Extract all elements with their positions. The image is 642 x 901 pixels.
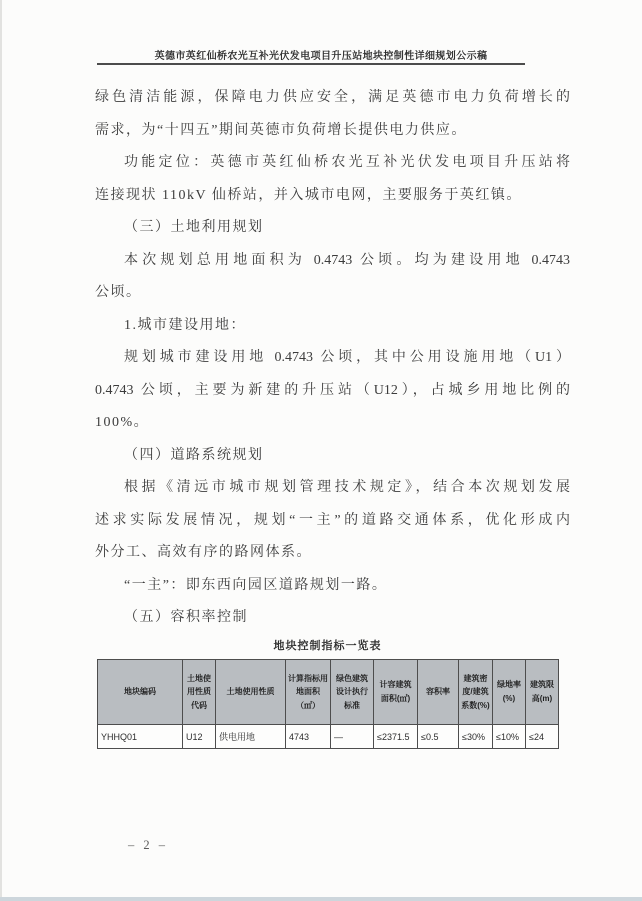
table-title: 地块控制指标一览表 [97, 637, 558, 653]
table-data-cell: ≤2371.5 [374, 725, 418, 749]
body-line: 规划城市建设用地 0.4743 公顷，其中公用设施用地（U1） [95, 342, 570, 375]
table-header-cell: 建筑限高(m) [526, 660, 559, 725]
table-header-cell: 建筑密度/建筑系数(%) [459, 660, 493, 725]
table-header-cell: 地块编码 [98, 660, 183, 725]
table-header-row: 地块编码土地使用性质代码土地使用性质计算指标用地面积（㎡）绿色建筑设计执行标准计… [98, 660, 559, 725]
document-page: 英德市英红仙桥农光互补光伏发电项目升压站地块控制性详细规划公示稿 绿色清洁能源，… [0, 0, 642, 901]
table-header-cell: 土地使用性质代码 [183, 660, 216, 725]
table-data-row: YHHQ01U12供电用地4743—≤2371.5≤0.5≤30%≤10%≤24 [98, 725, 559, 749]
body-line: （四）道路系统规划 [95, 440, 570, 473]
table-data-cell: ≤10% [493, 725, 526, 749]
scan-left-edge [0, 0, 2, 901]
page-number: – 2 – [128, 838, 168, 853]
body-line: 需求，为“十四五”期间英德市负荷增长提供电力供应。 [95, 115, 570, 148]
table-header-cell: 计算指标用地面积（㎡） [286, 660, 331, 725]
table-data-cell: ≤24 [526, 725, 559, 749]
body-line: 100%。 [95, 407, 570, 440]
table-data-cell: 供电用地 [216, 725, 286, 749]
body-line: 连接现状 110kV 仙桥站，并入城市电网，主要服务于英红镇。 [95, 180, 570, 213]
table-data-cell: 4743 [286, 725, 331, 749]
body-line: 绿色清洁能源，保障电力供应安全，满足英德市电力负荷增长的 [95, 82, 570, 115]
body-line: 0.4743 公顷，主要为新建的升压站（U12），占城乡用地比例的 [95, 375, 570, 408]
indicators-table: 地块编码土地使用性质代码土地使用性质计算指标用地面积（㎡）绿色建筑设计执行标准计… [97, 659, 559, 749]
body-line: “一主”：即东西向园区道路规划一路。 [95, 570, 570, 603]
scan-bottom-edge [0, 897, 642, 901]
table-data-cell: — [331, 725, 374, 749]
table-data-cell: ≤0.5 [418, 725, 459, 749]
body-line: 根据《清远市城市规划管理技术规定》，结合本次规划发展 [95, 472, 570, 505]
body-line: 1.城市建设用地： [95, 310, 570, 343]
body-line: 功能定位：英德市英红仙桥农光互补光伏发电项目升压站将 [95, 147, 570, 180]
body-line: （三）土地利用规划 [95, 212, 570, 245]
body-line: 公顷。 [95, 277, 570, 310]
header-rule [97, 63, 525, 65]
table-header-cell: 土地使用性质 [216, 660, 286, 725]
indicators-table-wrap: 地块编码土地使用性质代码土地使用性质计算指标用地面积（㎡）绿色建筑设计执行标准计… [97, 659, 559, 749]
body-line: 外分工、高效有序的路网体系。 [95, 537, 570, 570]
table-data-cell: U12 [183, 725, 216, 749]
table-header-cell: 计容建筑面积(㎡) [374, 660, 418, 725]
body-line: 述求实际发展情况，规划“一主”的道路交通体系，优化形成内 [95, 505, 570, 538]
table-data-cell: YHHQ01 [98, 725, 183, 749]
table-header-cell: 绿色建筑设计执行标准 [331, 660, 374, 725]
page-header-title: 英德市英红仙桥农光互补光伏发电项目升压站地块控制性详细规划公示稿 [0, 47, 642, 62]
table-header-cell: 绿地率(%) [493, 660, 526, 725]
table-data-cell: ≤30% [459, 725, 493, 749]
body-line: （五）容积率控制 [95, 602, 570, 635]
body-text: 绿色清洁能源，保障电力供应安全，满足英德市电力负荷增长的需求，为“十四五”期间英… [95, 82, 570, 635]
table-header-cell: 容积率 [418, 660, 459, 725]
body-line: 本次规划总用地面积为 0.4743 公顷。均为建设用地 0.4743 [95, 245, 570, 278]
